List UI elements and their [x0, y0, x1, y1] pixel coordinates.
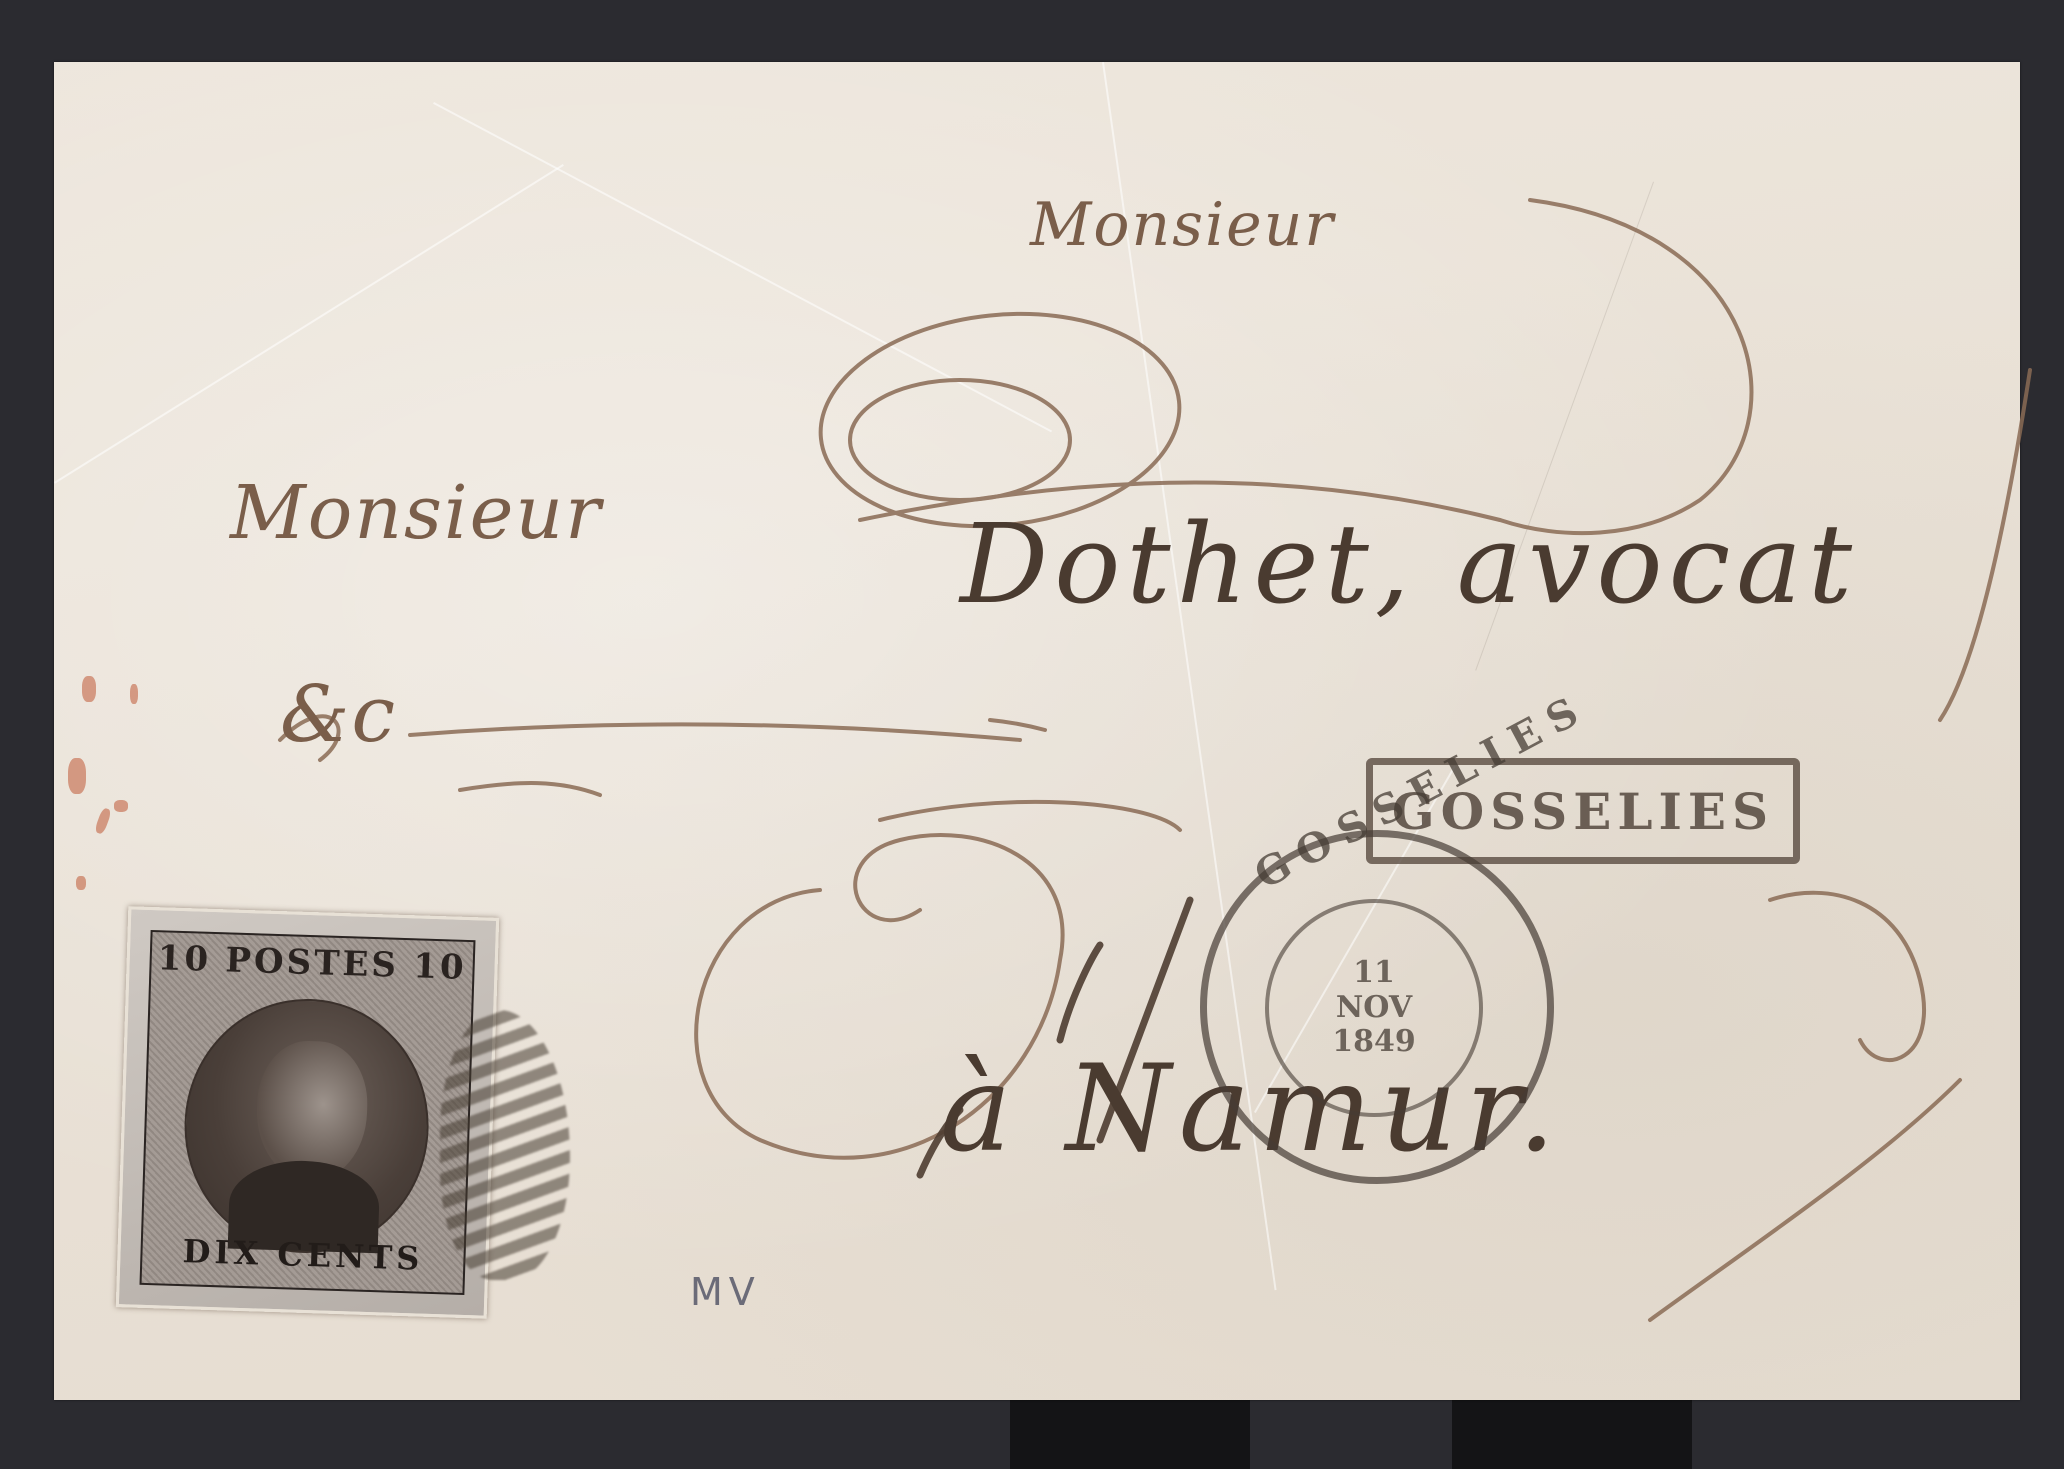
pencil-annotation: MV — [690, 1270, 761, 1314]
paper-crease — [433, 102, 1052, 432]
cds-day: 11 — [1353, 956, 1395, 991]
recipient-name: Dothet, avocat — [960, 500, 1858, 628]
red-ink-trace — [82, 676, 96, 702]
circular-date-stamp: GOSSELIES 11 NOV 1849 — [1200, 830, 1554, 1184]
red-ink-trace — [76, 876, 86, 890]
stamp-frame: 10 POSTES 10 DIX CENTS — [140, 930, 476, 1295]
stamp-denomination-label: DIX CENTS — [142, 1231, 464, 1279]
stamp-postes-label: POSTES — [225, 940, 400, 985]
stamp-value-right: 10 — [413, 946, 468, 988]
cds-month: NOV — [1336, 991, 1412, 1026]
stamp-portrait-oval — [181, 995, 433, 1257]
paper-crease — [54, 164, 564, 484]
cds-date-block: 11 NOV 1849 — [1265, 899, 1483, 1117]
stamp-value-left: 10 — [157, 938, 212, 980]
red-ink-trace — [130, 684, 138, 704]
etc-abbreviation: &c — [280, 670, 397, 760]
cds-year: 1849 — [1332, 1025, 1416, 1060]
stamp-top-line: 10 POSTES 10 — [157, 938, 467, 988]
red-ink-trace — [114, 800, 128, 812]
salutation-top: Monsieur — [1030, 190, 1335, 260]
red-ink-trace — [68, 758, 86, 794]
salutation-left: Monsieur — [230, 470, 602, 556]
